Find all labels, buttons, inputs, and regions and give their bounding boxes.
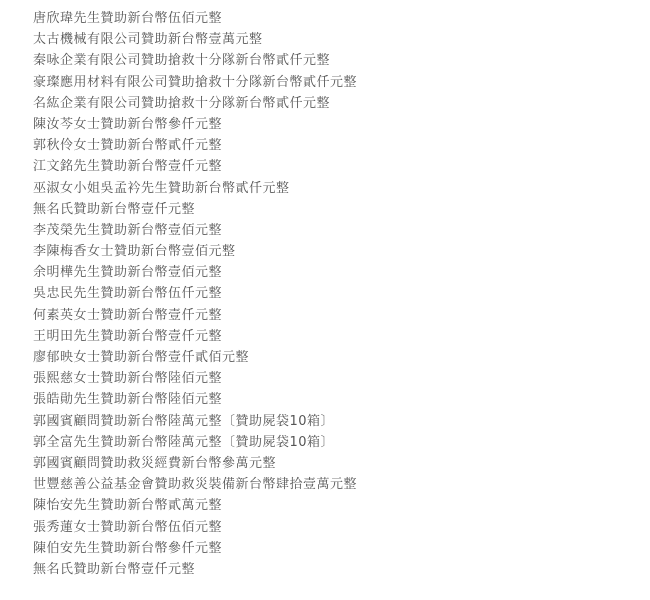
donation-line: 郭全富先生贊助新台幣陸萬元整〔贊助屍袋10箱〕: [33, 432, 640, 453]
donation-line: 張熙慈女士贊助新台幣陸佰元整: [33, 368, 640, 389]
donation-line: 唐欣瑋先生贊助新台幣伍佰元整: [33, 8, 640, 29]
donation-line: 張皓勛先生贊助新台幣陸佰元整: [33, 389, 640, 410]
donation-line: 余明樺先生贊助新台幣壹佰元整: [33, 262, 640, 283]
donation-line: 世豐慈善公益基金會贊助救災裝備新台幣肆拾壹萬元整: [33, 474, 640, 495]
donation-line: 張秀蓮女士贊助新台幣伍佰元整: [33, 517, 640, 538]
donation-line: 陳汝芩女士贊助新台幣參仟元整: [33, 114, 640, 135]
donation-line: 廖郁映女士贊助新台幣壹仟貳佰元整: [33, 347, 640, 368]
donation-line: 江文銘先生贊助新台幣壹仟元整: [33, 156, 640, 177]
donation-line: 郭國賓顧問贊助救災經費新台幣參萬元整: [33, 453, 640, 474]
donation-line: 陳伯安先生贊助新台幣參仟元整: [33, 538, 640, 559]
donation-line: 郭秋伶女士贊助新台幣貳仟元整: [33, 135, 640, 156]
donation-list: 唐欣瑋先生贊助新台幣伍佰元整太古機械有限公司贊助新台幣壹萬元整秦咏企業有限公司贊…: [33, 8, 640, 580]
donation-line: 李陳梅香女士贊助新台幣壹佰元整: [33, 241, 640, 262]
donation-line: 名紘企業有限公司贊助搶救十分隊新台幣貳仟元整: [33, 93, 640, 114]
donation-line: 豪璨應用材料有限公司贊助搶救十分隊新台幣貳仟元整: [33, 72, 640, 93]
donation-line: 李茂榮先生贊助新台幣壹佰元整: [33, 220, 640, 241]
donation-line: 陳怡安先生贊助新台幣貳萬元整: [33, 495, 640, 516]
donation-line: 太古機械有限公司贊助新台幣壹萬元整: [33, 29, 640, 50]
donation-line: 王明田先生贊助新台幣壹仟元整: [33, 326, 640, 347]
donation-acknowledgement-page: 唐欣瑋先生贊助新台幣伍佰元整太古機械有限公司贊助新台幣壹萬元整秦咏企業有限公司贊…: [0, 0, 650, 600]
donation-line: 郭國賓顧問贊助新台幣陸萬元整〔贊助屍袋10箱〕: [33, 411, 640, 432]
donation-line: 無名氏贊助新台幣壹仟元整: [33, 199, 640, 220]
donation-line: 無名氏贊助新台幣壹仟元整: [33, 559, 640, 580]
donation-line: 秦咏企業有限公司贊助搶救十分隊新台幣貳仟元整: [33, 50, 640, 71]
donation-line: 巫淑女小姐吳孟衿先生贊助新台幣貳仟元整: [33, 178, 640, 199]
donation-line: 吳忠民先生贊助新台幣伍仟元整: [33, 283, 640, 304]
donation-line: 何素英女士贊助新台幣壹仟元整: [33, 305, 640, 326]
